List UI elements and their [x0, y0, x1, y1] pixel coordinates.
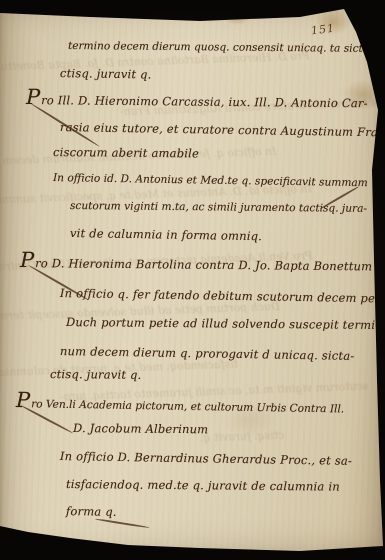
manuscript-line: forma q. — [66, 504, 117, 519]
bleed-through-text: ctisq. juravit q. — [200, 429, 285, 445]
manuscript-line: num decem dierum q. prorogavit d unicaq.… — [60, 344, 355, 363]
manuscript-line: In officio D. Bernardinus Gherardus Proc… — [60, 449, 352, 468]
manuscript-line: Duch portum petie ad illud solvendo susc… — [66, 315, 379, 332]
manuscript-line: rasia eius tutore, et curatore contra Au… — [60, 120, 385, 139]
manuscript-line: ctisq. juravit q. — [60, 66, 152, 82]
entry-heading-line: Pro Ven.li Academia pictorum, et cultoru… — [16, 395, 345, 415]
ink-flourish — [95, 518, 150, 529]
folio-number: 151 — [310, 22, 335, 38]
manuscript-line: vit de calumnia in forma omniq. — [70, 226, 262, 243]
entry-heading-line: Pro D. Hieronima Bartolina contra D. Jo.… — [20, 255, 372, 273]
manuscript-line: ciscorum aberit amabile — [53, 145, 199, 160]
manuscript-line: termino decem dierum quosq. consensit un… — [68, 40, 373, 55]
manuscript-page: 151 Pro D. Hieronima Bartolina contra D.… — [0, 0, 385, 560]
manuscript-line: In officio q. fer fatendo debitum scutor… — [60, 286, 381, 305]
manuscript-line: In officio id. D. Antonius et Med.te q. … — [53, 172, 368, 189]
entry-heading-line: Pro Ill. D. Hieronimo Carcassia, iux. Il… — [26, 92, 368, 110]
manuscript-line: ctisq. juravit q. — [50, 367, 142, 382]
manuscript-line: tisfaciendoq. med.te q. juravit de calum… — [66, 477, 340, 494]
manuscript-line: D. Jacobum Alberinum — [73, 421, 208, 436]
